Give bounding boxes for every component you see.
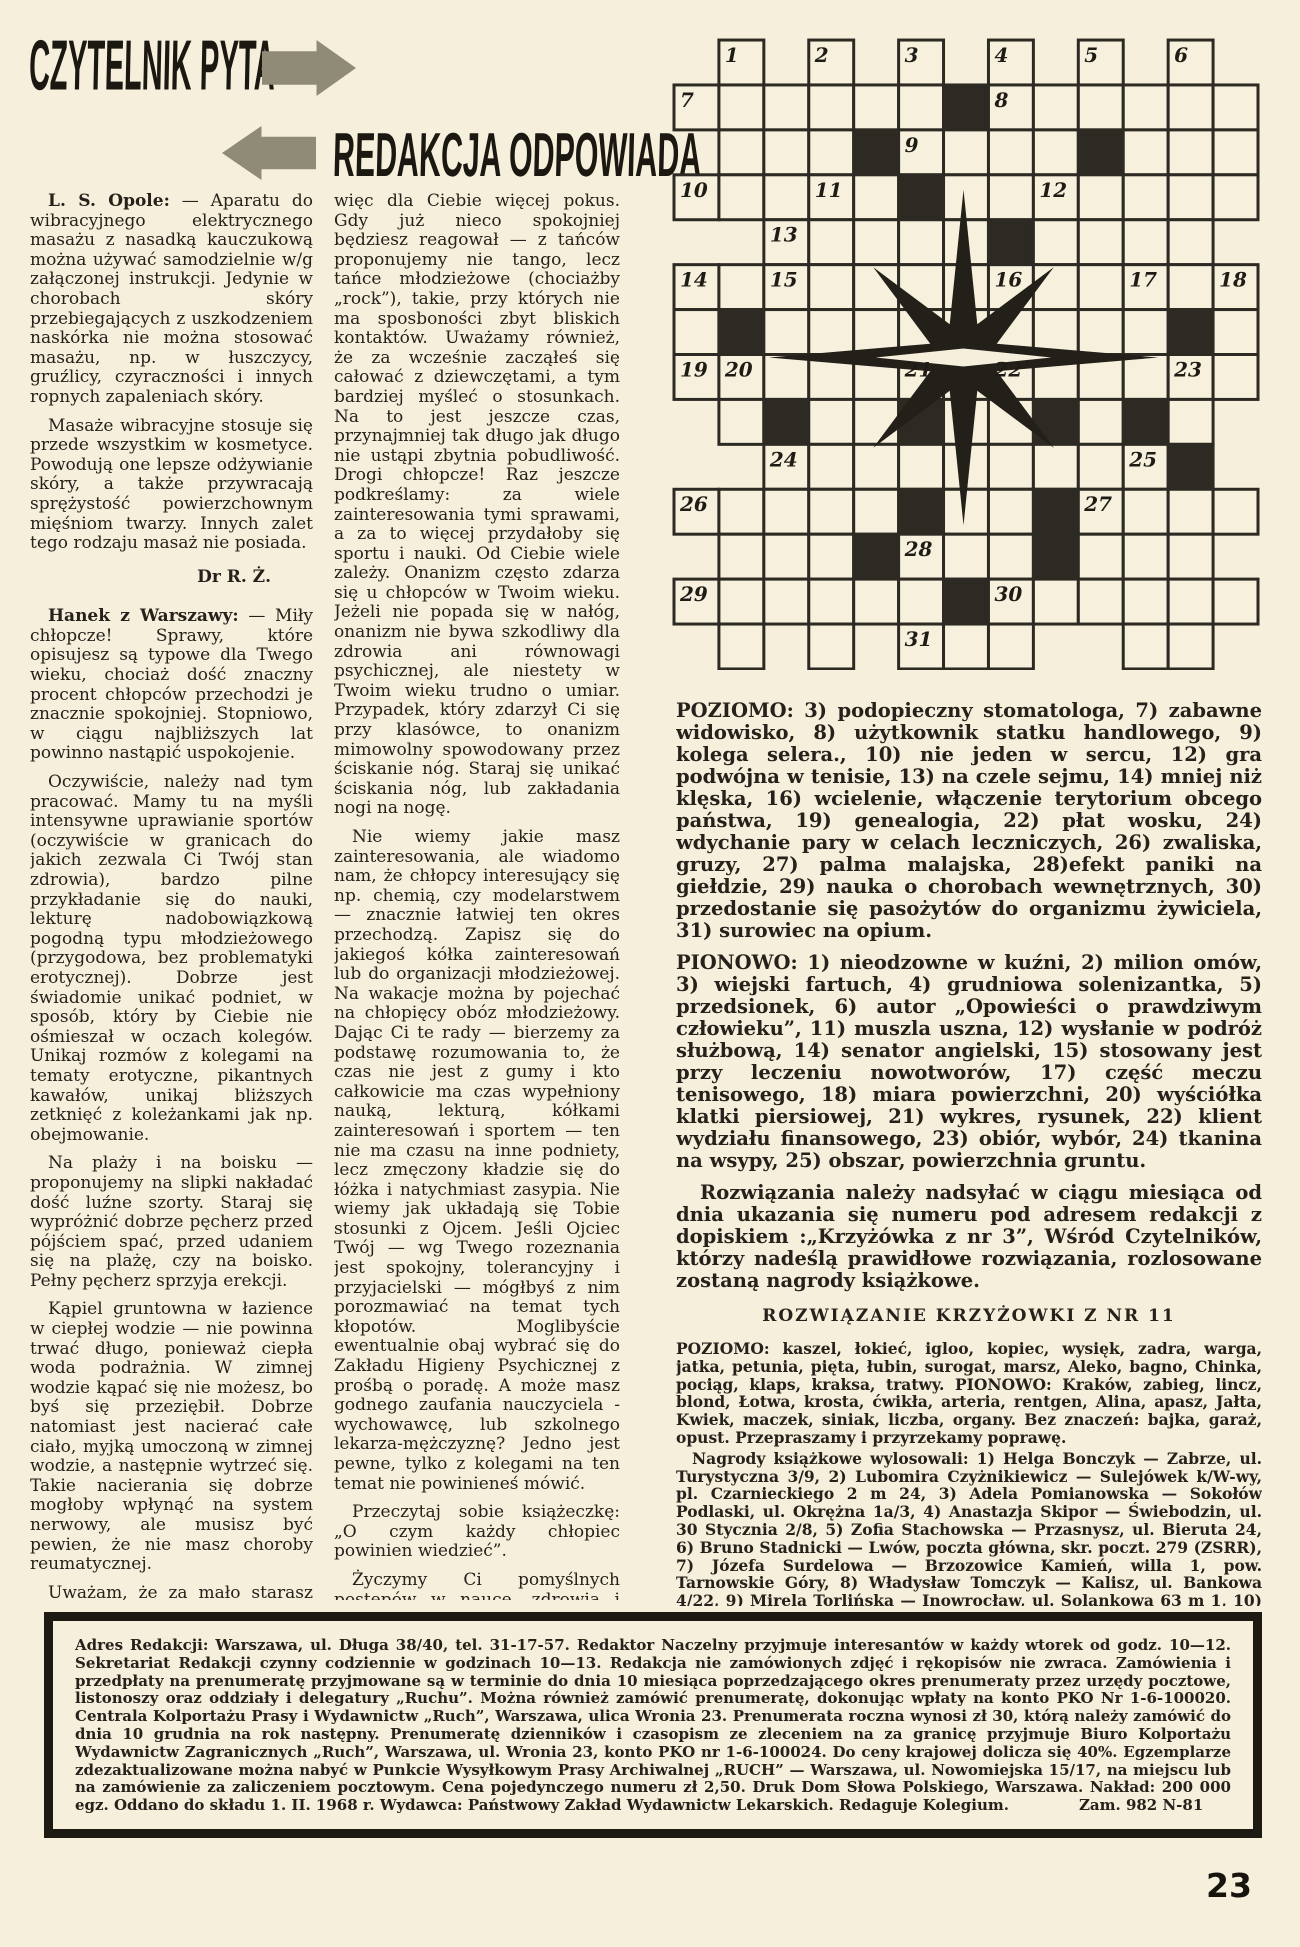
crossword-cell [719,399,764,444]
crossword-cell [1033,220,1078,265]
crossword-cell [988,624,1033,669]
crossword-number: 22 [993,357,1022,381]
crossword-cell [899,85,944,130]
paragraph-lead: L. S. Opole: [48,192,170,211]
crossword-cell [809,444,854,489]
crossword-number: 17 [1129,268,1157,292]
crossword-black-cell [854,534,899,579]
crossword-number: 8 [993,88,1008,112]
crossword-number: 12 [1039,178,1067,202]
crossword-number: 26 [679,492,708,516]
crossword-black-cell [1168,444,1213,489]
crossword-cell [719,130,764,175]
paragraph-lead: PIONOWO: [676,951,798,974]
crossword-number: 10 [680,178,708,202]
crossword-cell [1078,220,1123,265]
crossword-cell [1168,579,1213,624]
crossword-cell [764,130,809,175]
crossword-cell [1168,534,1213,579]
crossword-cell [1033,444,1078,489]
paragraph: Masaże wibracyjne stosuje się przede wsz… [30,417,313,554]
paragraph: więc dla Ciebie więcej pokus. Gdy już ni… [334,192,620,819]
paragraph-lead: Nagrody książkowe wylosowali: [692,1449,969,1468]
crossword-cell [719,489,764,534]
paragraph: PIONOWO: 1) nieodzowne w kuźni, 2) milio… [676,952,1262,1172]
crossword-black-cell [1123,399,1168,444]
crossword-black-cell [1033,534,1078,579]
crossword-cell [1168,265,1213,310]
paragraph: Uważam, że za mało starasz się opanować … [30,1584,313,1600]
crossword-cell [1078,85,1123,130]
crossword-number: 9 [905,133,919,157]
crossword-cell [809,399,854,444]
page-number: 23 [1206,1866,1252,1905]
crossword-cell [944,624,989,669]
paragraph: Hanek z Warszawy: — Miły chłopcze! Spraw… [30,607,313,764]
crossword-number: 28 [904,537,933,561]
crossword-number: 25 [1128,447,1157,471]
crossword-cell [854,220,899,265]
crossword-cell [1078,444,1123,489]
crossword-black-cell [1168,310,1213,355]
crossword-cell [854,399,899,444]
crossword-svg: 1234567891011121314151617181920212223242… [672,38,1260,670]
crossword-cell [988,175,1033,220]
crossword-cell [988,489,1033,534]
crossword-black-cell [944,85,989,130]
crossword-cell [764,85,809,130]
crossword-number: 1 [725,43,739,67]
crossword-cell [719,265,764,310]
crossword-cell [854,579,899,624]
crossword-cell [988,444,1033,489]
paragraph: L. S. Opole: — Aparatu do wibracyjnego e… [30,192,313,408]
paragraph: Kąpiel gruntowna w łazience w ciepłej wo… [30,1300,313,1574]
paragraph: Dr R. Ż. [30,568,313,588]
imprint-box: Adres Redakcji: Warszawa, ul. Długa 38/4… [44,1612,1262,1838]
crossword-cell [944,175,989,220]
crossword-cell [1213,310,1258,355]
crossword-number: 21 [904,357,933,381]
crossword-cell [1168,130,1213,175]
crossword-cell [809,310,854,355]
crossword-cell [899,444,944,489]
paragraph-lead: Hanek z Warszawy: [48,606,239,626]
crossword-cell [1033,130,1078,175]
crossword-cell [854,85,899,130]
crossword-black-cell [1033,489,1078,534]
crossword-cell [764,489,809,534]
crossword-cell [809,265,854,310]
crossword-number: 7 [680,88,694,112]
crossword-cell [1213,175,1258,220]
crossword-cell [1168,624,1213,669]
paragraph: Życzymy Ci pomyślnych postępów w nauce, … [334,1571,620,1600]
crossword-number: 3 [905,43,919,67]
crossword-cell [809,489,854,534]
crossword-cell [1123,579,1168,624]
crossword-black-cell [764,399,809,444]
crossword-cell [1078,579,1123,624]
crossword-cell [1168,489,1213,534]
crossword-cell [719,624,764,669]
imprint-body: Adres Redakcji: Warszawa, ul. Długa 38/4… [75,1636,1231,1814]
crossword-black-cell [1078,130,1123,175]
crossword-black-cell [1033,399,1078,444]
crossword-cell [1123,130,1168,175]
crossword-black-cell [899,175,944,220]
crossword-cell [764,579,809,624]
crossword-cell [1168,85,1213,130]
crossword-cell [854,444,899,489]
crossword-number: 4 [994,43,1008,67]
crossword-cell [1213,130,1258,175]
crossword-cell [809,130,854,175]
crossword-cell [809,624,854,669]
crossword-cell [1123,220,1168,265]
crossword-cell [854,175,899,220]
crossword-cell [809,579,854,624]
crossword-cell [1168,220,1213,265]
crossword-cell [719,85,764,130]
crossword-cell [1123,175,1168,220]
crossword-cell [809,534,854,579]
crossword-number: 6 [1174,43,1188,67]
paragraph: Oczywiście, należy nad tym pracować. Mam… [30,773,313,1145]
crossword-cell [1123,354,1168,399]
section-title-editors-answer: REDAKCJA ODPOWIADA [332,118,702,191]
crossword-number: 23 [1173,357,1202,381]
arrow-left-icon [222,126,316,180]
crossword-cell [674,310,719,355]
crossword-cell [1213,354,1258,399]
crossword-cell [719,175,764,220]
letters-column-left: L. S. Opole: — Aparatu do wibracyjnego e… [30,192,313,1600]
arrow-right-icon [262,40,356,96]
crossword-cell [1123,85,1168,130]
paragraph: Na plaży i na boisku — proponujemy na sl… [30,1154,313,1291]
crossword-cell [1168,399,1213,444]
paragraph-lead: POZIOMO: [676,1339,770,1358]
paragraph: Rozwiązania należy nadsyłać w ciągu mies… [676,1182,1262,1292]
crossword-number: 11 [815,178,843,202]
paragraph: Nie wiemy jakie masz zainteresowania, al… [334,828,620,1494]
print-order-number: Zam. 982 N-81 [1079,1796,1203,1814]
paragraph: POZIOMO: 3) podopieczny stomatologa, 7) … [676,700,1262,942]
crossword-cell [944,130,989,175]
crossword-number: 29 [679,582,708,606]
crossword-cell [1033,265,1078,310]
crossword-cell [1123,310,1168,355]
crossword-cell [1168,175,1213,220]
magazine-page: CZYTELNIK PYTA REDAKCJA ODPOWIADA L. S. … [0,0,1300,1947]
paragraph: POZIOMO: kaszel, łokieć, igloo, kopiec, … [676,1340,1262,1447]
crossword-cell [1078,310,1123,355]
crossword-number: 14 [680,268,708,292]
crossword-cell [764,354,809,399]
crossword-number: 15 [770,268,798,292]
crossword-black-cell [944,579,989,624]
section-title-reader-asks: CZYTELNIK PYTA [28,24,276,106]
crossword-cell [854,489,899,534]
crossword-number: 31 [905,627,933,651]
crossword-cell [1078,399,1123,444]
crossword-number: 16 [994,268,1022,292]
imprint-text: Adres Redakcji: Warszawa, ul. Długa 38/4… [75,1637,1231,1815]
crossword-cell [719,534,764,579]
crossword-number: 5 [1084,43,1098,67]
crossword-black-cell [719,310,764,355]
crossword-number: 20 [724,357,753,381]
crossword-cell [809,85,854,130]
paragraph-lead: POZIOMO: [676,700,794,722]
crossword-cell [719,579,764,624]
crossword-cell [1123,624,1168,669]
crossword-cell [1213,85,1258,130]
crossword-number: 13 [770,223,798,247]
crossword-cell [764,175,809,220]
crossword-cell [1078,265,1123,310]
crossword-grid: 1234567891011121314151617181920212223242… [672,38,1260,670]
crossword-cell [1078,175,1123,220]
crossword-cell [1123,534,1168,579]
crossword-clues-and-solution: POZIOMO: 3) podopieczny stomatologa, 7) … [676,700,1262,1606]
crossword-cell [899,579,944,624]
crossword-cell [1123,489,1168,534]
crossword-number: 30 [994,582,1022,606]
crossword-number: 19 [680,357,708,381]
crossword-cell [1033,85,1078,130]
crossword-black-cell [854,130,899,175]
crossword-cell [988,130,1033,175]
crossword-cell [1213,579,1258,624]
crossword-cell [944,534,989,579]
paragraph: Nagrody książkowe wylosowali: 1) Helga B… [676,1450,1262,1606]
crossword-cell [764,534,809,579]
crossword-number: 18 [1219,268,1247,292]
crossword-number: 27 [1083,492,1112,516]
crossword-cell [899,220,944,265]
paragraph: ROZWIĄZANIE KRZYŻOWKI Z NR 11 [676,1306,1262,1326]
crossword-cell [1078,534,1123,579]
crossword-number: 2 [814,43,829,67]
crossword-cell [764,310,809,355]
crossword-black-cell [988,220,1033,265]
crossword-black-cell [899,489,944,534]
crossword-cell [1213,489,1258,534]
paragraph: Przeczytaj sobie książeczkę: „O czym każ… [334,1503,620,1562]
crossword-cell [988,534,1033,579]
crossword-cell [809,220,854,265]
letters-column-middle: więc dla Ciebie więcej pokus. Gdy już ni… [334,192,620,1600]
crossword-number: 24 [769,447,798,471]
crossword-cell [1033,579,1078,624]
